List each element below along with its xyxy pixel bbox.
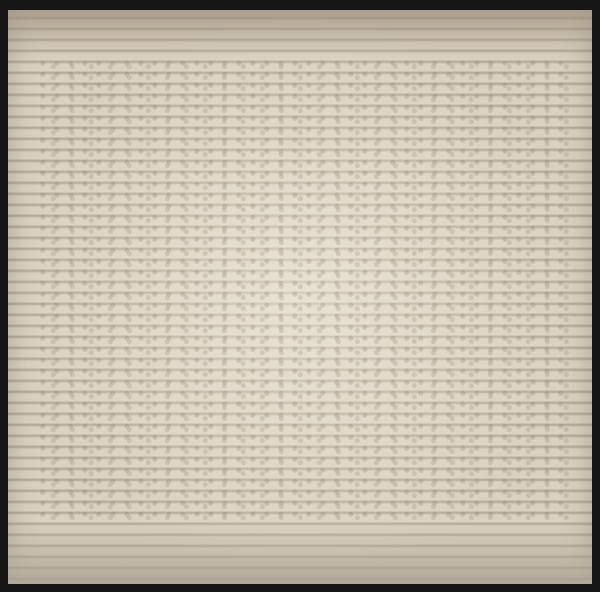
rough-bottom-edge [8, 520, 592, 584]
groove-texture [40, 60, 570, 520]
photo-scene [0, 0, 600, 592]
rough-top-edge [8, 10, 592, 60]
